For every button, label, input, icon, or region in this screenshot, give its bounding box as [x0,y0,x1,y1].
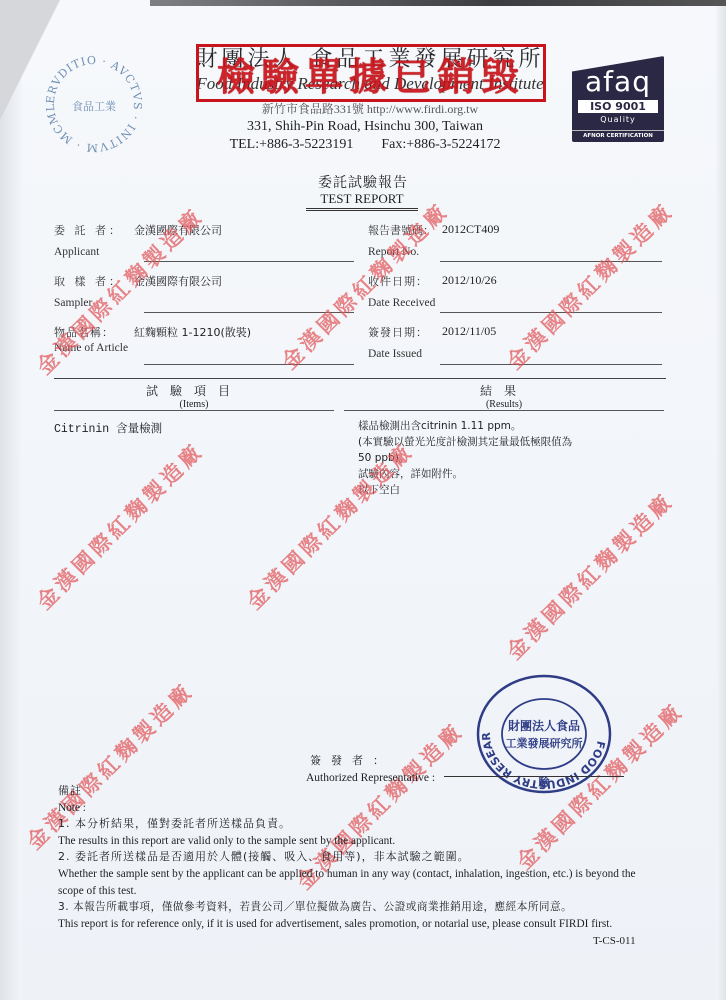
note-2-en: Whether the sample sent by the applicant… [58,866,648,899]
field-article: 物品名稱： Name of Article 紅麴顆粒 1-1210(散裝) [54,324,128,354]
report-title-en: TEST REPORT [306,191,418,211]
applicant-label-cn: 委 託 者： [54,222,123,238]
result-line: 試驗內容，詳如附件。 [358,466,572,482]
result-line: 以下空白 [358,482,572,498]
date-issued-underline [440,364,662,365]
field-date-received: 收件日期： Date Received 2012/10/26 [368,273,435,309]
note-3-cn: 3. 本報告所載事項，僅做參考資料，若貴公司／單位擬做為廣告、公證或商業推銷用途… [58,899,678,916]
results-table-top-rule [54,378,666,379]
report-no-value: 2012CT409 [442,222,499,237]
result-line: 樣品檢測出含citrinin 1.11 ppm。 [358,418,572,434]
svg-text:食品工業: 食品工業 [72,99,116,113]
form-code: T-CS-011 [593,935,636,947]
watermark: 金漢國際紅麴製造廠 [499,485,679,665]
signature-line [444,776,624,777]
scan-edge-left [0,0,22,1000]
date-issued-label-en: Date Issued [368,348,428,360]
table-row-result: 樣品檢測出含citrinin 1.11 ppm。 (本實驗以螢光光度計檢測其定量… [358,418,572,498]
iso-certification-badge: afaq ISO 9001 Quality AFNOR CERTIFICATIO… [572,56,664,142]
institute-contact: TEL:+886-3-5223191Fax:+886-3-5224172 [190,137,540,153]
date-received-underline [440,312,662,313]
article-underline [144,364,354,365]
items-header-cn: 試驗項目 [54,382,334,399]
results-column-rule [344,410,664,411]
sampler-label-en: Sampler [54,297,123,309]
result-line: (本實驗以螢光光度計檢測其定量最低極限值為 [358,434,572,450]
iso-label: ISO 9001 [578,100,658,113]
results-header-cn: 結果 [344,382,664,399]
watermark: 金漢國際紅麴製造廠 [499,195,679,375]
date-issued-value: 2012/11/05 [442,324,496,339]
svg-text:財團法人食品: 財團法人食品 [508,718,580,733]
institute-fax: Fax:+886-3-5224172 [381,137,500,152]
institute-tel: TEL:+886-3-5223191 [230,137,354,152]
report-title-cn: 委託試驗報告 [0,172,726,192]
result-line: 50 ppb)。 [358,450,572,466]
quality-label: Quality [572,115,664,124]
scan-edge-right [716,0,726,1000]
notes-title-en: Note : [58,800,678,817]
firdi-official-seal-icon: FOOD INDUSTRY RESEARCH & DEVELOPMENT INS… [474,672,614,796]
watermark: 金漢國際紅麴製造廠 [29,435,209,615]
article-value: 紅麴顆粒 1-1210(散裝) [134,324,251,340]
article-label-cn: 物品名稱： [54,324,128,340]
date-received-label-en: Date Received [368,297,435,309]
note-3-en: This report is for reference only, if it… [58,916,656,933]
signer-label-cn: 簽發者： [310,752,435,768]
applicant-underline [144,261,354,262]
date-received-value: 2012/10/26 [442,273,497,288]
report-no-underline [440,261,662,262]
sampler-label-cn: 取 樣 者： [54,273,123,289]
note-1-en: The results in this report are valid onl… [58,833,678,850]
scan-edge-top [150,0,726,6]
void-stamp-text: 檢驗單據已銷毀 [217,46,525,101]
results-column-header: 結果 (Results) [344,382,664,410]
report-no-label-cn: 報告書號碼： [368,222,434,238]
notes-title-cn: 備註 [58,783,678,800]
note-2-cn: 2. 委託者所送樣品是否適用於人體(接觸、吸入、食用等)，非本試驗之範圍。 [58,849,678,866]
institute-address-cn: 新竹市食品路331號 http://www.firdi.org.tw [190,100,550,117]
void-stamp: 檢驗單據已銷毀 [196,44,546,102]
institute-address-en: 331, Shih-Pin Road, Hsinchu 300, Taiwan [190,119,540,135]
notes-section: 備註 Note : 1. 本分析結果，僅對委託者所送樣品負責。 The resu… [58,783,678,932]
date-received-label-cn: 收件日期： [368,273,435,289]
results-header-en: (Results) [344,399,664,410]
field-sampler: 取 樣 者： Sampler 金漢國際有限公司 [54,273,123,309]
test-report-page: ERVDITIO · AVCTVS · INITVM · MCMLXV · 食品… [0,0,726,1000]
afaq-logo: afaq [572,68,664,96]
date-issued-label-cn: 簽發日期： [368,324,428,340]
applicant-value: 金漢國際有限公司 [134,222,222,238]
afnor-label: AFNOR CERTIFICATION [572,130,664,139]
field-applicant: 委 託 者： Applicant 金漢國際有限公司 [54,222,123,258]
authorized-representative: 簽發者： Authorized Representative : [306,752,435,784]
note-1-cn: 1. 本分析結果，僅對委託者所送樣品負責。 [58,816,678,833]
svg-text:工業發展研究所: 工業發展研究所 [506,736,583,750]
report-no-label-en: Report No. [368,246,434,258]
institute-seal-icon: ERVDITIO · AVCTVS · INITVM · MCMLXV · 食品… [40,50,148,158]
items-header-en: (Items) [54,399,334,410]
field-report-no: 報告書號碼： Report No. 2012CT409 [368,222,434,258]
table-row-item: Citrinin 含量檢測 [54,420,162,436]
applicant-label-en: Applicant [54,246,123,258]
article-label-en: Name of Article [54,342,128,354]
items-column-rule [54,410,334,411]
field-date-issued: 簽發日期： Date Issued 2012/11/05 [368,324,428,360]
sampler-underline [144,312,354,313]
items-column-header: 試驗項目 (Items) [54,382,334,410]
sampler-value: 金漢國際有限公司 [134,273,222,289]
